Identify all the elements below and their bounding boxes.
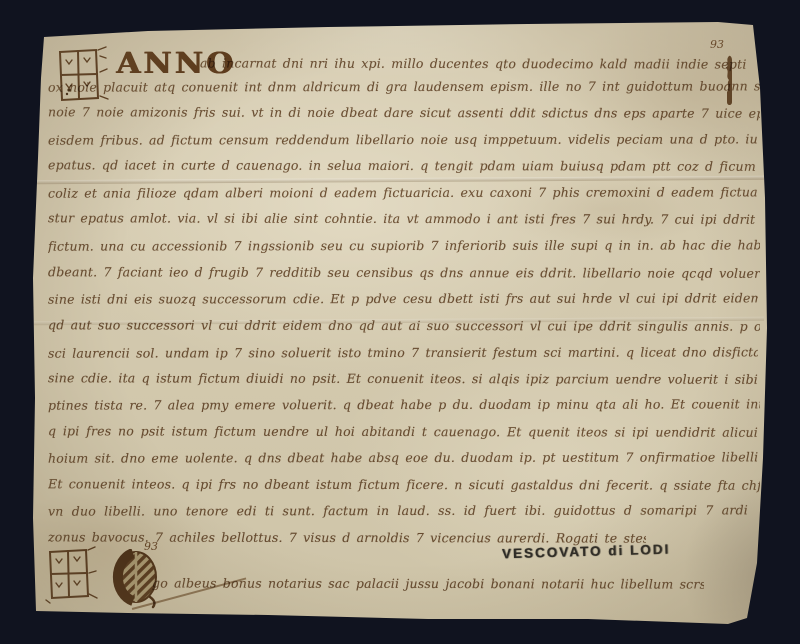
manuscript-line: noie 7 noie amizonis fris sui. vt in di … [48,104,760,120]
manuscript-line: ox noie placuit atq conuenit int dnm ald… [48,78,760,94]
manuscript-line: epatus. qd iacet in curte d cauenago. in… [48,157,760,173]
parchment-sheet: ANNO 93 ab incarnat dni nri ihu xpi. mil… [28,18,795,636]
manuscript-line: sine cdie. ita q istum fictum diuidi no … [48,370,758,386]
manuscript-line: fictum. una cu accessionib 7 ingssionib … [48,237,760,253]
subscription-line: go albeus bonus notarius sac palacii jus… [152,575,704,591]
manuscript-line: eisdem fribus. ad fictum censum reddendu… [48,131,758,147]
manuscript-line: vn duo libelli. uno tenore edi ti sunt. … [48,502,748,518]
fold-crease [34,176,764,184]
manuscript-line: hoium sit. dno eme uolente. q dns dbeat … [48,449,758,465]
notary-sign-bottom-icon [44,544,104,606]
manuscript-line: ab incarnat dni nri ihu xpi. millo ducen… [200,55,746,71]
manuscript-line: stur epatus amlot. via. vl si ibi alie s… [48,210,760,226]
manuscript-line: sci laurencii sol. undam ip 7 sino solue… [48,344,758,360]
manuscript-line: sine isti dni eis suozq successorum cdie… [48,290,758,306]
manuscript-line: ptines tista re. 7 alea pmy emere voluer… [48,396,760,412]
manuscript-line: coliz et ania filioze qdam alberi moioni… [48,184,758,200]
photo-backdrop: ANNO 93 ab incarnat dni nri ihu xpi. mil… [0,0,800,644]
manuscript-line: q ipi fres no psit istum fictum uendre u… [48,423,758,439]
manuscript-line: dbeant. 7 faciant ieo d frugib 7 redditi… [48,264,760,280]
archive-number-top: 93 [710,38,724,51]
manuscript-line: qd aut suo successori vl cui ddrit eidem… [48,317,760,333]
manuscript-line: Et conuenit inteos. q ipi frs no dbeant … [48,476,760,492]
manuscript-line: zonus bavocus. 7 achiles bellottus. 7 vi… [48,529,646,545]
notary-sign-top-icon [54,44,116,106]
